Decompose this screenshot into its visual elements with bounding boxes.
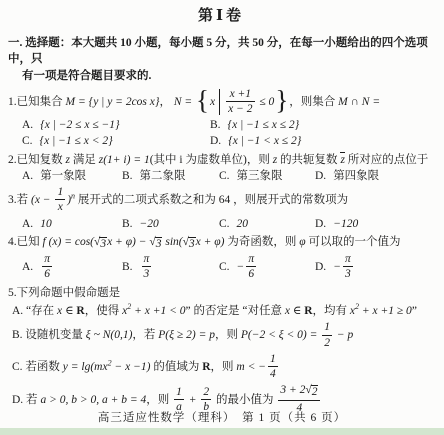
question-2-option-d: D.第四象限 (315, 169, 434, 183)
math-text: x ∈ (285, 305, 304, 317)
option-text: 第三象限 (237, 170, 283, 182)
math-text: {x | −1 < x ≤ 2} (228, 135, 301, 147)
math-text: ≤ 0 (257, 96, 275, 108)
text-run: ， (159, 96, 173, 108)
math-text: π (144, 253, 150, 265)
math-text: 2 (203, 386, 209, 398)
option-text: {x | −1 ≤ x ≤ 2} (228, 119, 300, 131)
text-run: ” 的否定是 “对任意 (185, 305, 284, 317)
option-label: D. (315, 261, 326, 273)
math-text: {x | −1 ≤ x ≤ 2} (228, 119, 300, 131)
math-text: 6 (248, 268, 254, 280)
math-text: ξ ~ N(0,1) (86, 330, 133, 342)
math-text: P(ξ ≥ 2) = p (158, 330, 215, 342)
math-text: 4 (270, 368, 276, 380)
section-instructions: 一. 选择题：本大题共 10 小题，每小题 5 分，共 50 分，在每一小题给出… (8, 35, 434, 85)
text-run: 可以取的一个值为 (306, 236, 401, 248)
text-run: 所对应的点位于 (345, 154, 428, 166)
math-text: π (345, 253, 351, 265)
text-run: R (202, 361, 210, 373)
option-text: 第四象限 (333, 170, 379, 182)
option-label: A. (22, 218, 33, 230)
fraction: x +1x − 2 (226, 88, 254, 115)
question-4-stem: 4.已知 f (x) = cos(√3x + φ) − √3 sin(√3x +… (8, 235, 434, 252)
question-1-option-d: D.{x | −1 < x ≤ 2} (210, 134, 434, 148)
math-text: 6 (44, 268, 50, 280)
math-text: a > 0, b > 0, a + b = 4 (40, 394, 146, 406)
math-text: −20 (140, 218, 159, 230)
set-brace: } (275, 85, 288, 115)
question-4-option-d: D.−π3 (315, 254, 434, 281)
math-text: x +1 (230, 88, 252, 100)
question-4-option-a: A.π6 (22, 254, 122, 281)
math-text: 1 (176, 386, 182, 398)
math-text: + (186, 394, 200, 406)
option-text: {x | −1 < x ≤ 2} (228, 135, 301, 147)
math-text: 2 (324, 337, 330, 349)
math-text: 1 (324, 321, 330, 333)
option-label: A. (22, 170, 33, 182)
option-text: −π3 (333, 261, 355, 273)
option-label: C. (22, 135, 33, 147)
option-label: B. (210, 119, 221, 131)
text-run: 第四象限 (333, 170, 379, 182)
math-text: {x | −1 ≤ x < 2} (40, 135, 113, 147)
math-text: − (333, 261, 341, 273)
math-text: + x +1 < 0 (131, 305, 185, 317)
math-text: − (237, 261, 245, 273)
text-run: ，均有 (313, 305, 350, 317)
question-1-option-b: B.{x | −1 ≤ x ≤ 2} (210, 118, 434, 132)
option-label: C. (219, 170, 230, 182)
option-text: π3 (140, 261, 154, 273)
page-footer: 高三适应性数学（理科） 第 1 页（共 6 页） (0, 411, 444, 425)
set-builder-bar (219, 89, 220, 115)
fraction: 1x (55, 186, 65, 213)
text-run: 展开式的二项式系数之和为 64 ，则展开式的常数项为 (75, 195, 348, 207)
question-5-statement-a: A. “存在 x ∈ R，使得 x2 + x +1 < 0” 的否定是 “对任意… (8, 304, 434, 318)
math-text: N = (174, 96, 195, 108)
text-run: ，则集合 (289, 96, 338, 108)
sqrt-expression: √3 (94, 237, 107, 252)
text-run: 4.已知 (8, 236, 43, 248)
text-run: 为奇函数，则 (224, 236, 299, 248)
text-run: R (304, 305, 312, 317)
text-run: 2.已知复数 (8, 154, 66, 166)
text-run: ” (412, 305, 417, 317)
option-text: π6 (40, 261, 54, 273)
fraction: 1a (174, 386, 184, 413)
fraction: π6 (246, 253, 256, 280)
question-1-option-a: A.{x | −2 ≤ x ≤ −1} (22, 118, 210, 132)
option-label: A. (22, 261, 33, 273)
question-2-stem: 2.已知复数 z 满足 z(1+ i) = 1(其中 i 为虚数单位)，则 z … (8, 153, 434, 167)
math-text: P(−2 < ξ < 0) = (241, 330, 320, 342)
math-text: M ∩ N = (338, 96, 380, 108)
option-label: B. (122, 261, 133, 273)
option-label: C. (219, 261, 230, 273)
math-text: + x +1 ≥ 0 (359, 305, 412, 317)
question-1-options: A.{x | −2 ≤ x ≤ −1} B.{x | −1 ≤ x ≤ 2} C… (8, 118, 434, 149)
math-text: M = {y | y = 2cos x} (66, 96, 160, 108)
text-run: ，则 (215, 330, 241, 342)
math-text: π (248, 253, 254, 265)
math-text: sin( (162, 236, 182, 248)
question-4-option-b: B.π3 (122, 254, 219, 281)
text-run: B. 设随机变量 (12, 330, 86, 342)
math-text: x (210, 96, 215, 108)
text-run: A. “存在 (12, 305, 57, 317)
page-title: 第Ⅰ卷 (8, 7, 434, 26)
exam-page: 第Ⅰ卷 一. 选择题：本大题共 10 小题，每小题 5 分，共 50 分，在每一… (0, 0, 444, 416)
math-text: x + φ) (196, 236, 225, 248)
question-4-options: A.π6 B.π3 C.−π6 D.−π3 (8, 254, 434, 282)
question-1-option-c: C.{x | −1 ≤ x < 2} (22, 134, 210, 148)
text-run: ，若 (132, 330, 158, 342)
text-run: 3.若 (8, 195, 31, 207)
math-text: − x −1) (112, 361, 151, 373)
text-run: 的共轭复数 (277, 154, 340, 166)
math-text: x + φ) − (107, 236, 149, 248)
text-run: ，则 (211, 361, 237, 373)
option-text: {x | −2 ≤ x ≤ −1} (40, 119, 119, 131)
question-2-options: A.第一象限 B.第二象限 C.第三象限 D.第四象限 (8, 169, 434, 183)
instructions-line1: 一. 选择题：本大题共 10 小题，每小题 5 分，共 50 分，在每一小题给出… (8, 35, 434, 68)
sqrt-expression: √3 (183, 237, 196, 252)
question-4-option-c: C.−π6 (219, 254, 315, 281)
fraction: 2b (201, 386, 211, 413)
question-3-option-b: B.−20 (122, 217, 219, 231)
option-text: 10 (40, 218, 52, 230)
math-text: 20 (237, 218, 249, 230)
option-label: C. (219, 218, 230, 230)
text-run: 1.已知集合 (8, 96, 66, 108)
option-label: D. (315, 170, 326, 182)
question-1-stem: 1.已知集合 M = {y | y = 2cos x}， N = {xx +1x… (8, 89, 434, 116)
option-text: {x | −1 ≤ x < 2} (40, 135, 113, 147)
option-text: −π6 (237, 261, 259, 273)
question-3-option-c: C.20 (219, 217, 315, 231)
sqrt-expression: √2 (305, 385, 318, 400)
text-run: R (76, 305, 84, 317)
text-run: ，则 (146, 394, 172, 406)
math-text: π (44, 253, 50, 265)
math-text: {x | −2 ≤ x ≤ −1} (40, 119, 119, 131)
question-3-option-d: D.−120 (315, 217, 434, 231)
option-label: B. (122, 170, 133, 182)
text-run: 第三象限 (237, 170, 283, 182)
option-text: 第一象限 (40, 170, 86, 182)
math-text: x (58, 201, 63, 213)
set-brace: { (196, 85, 209, 115)
option-text: −120 (333, 218, 358, 230)
option-text: 第二象限 (140, 170, 186, 182)
option-label: A. (22, 119, 33, 131)
fraction: 14 (268, 353, 278, 380)
text-run: 的最小值为 (213, 394, 276, 406)
text-run: C. 若函数 (12, 361, 63, 373)
text-run: 满足 (70, 154, 99, 166)
math-text: (x − (31, 195, 53, 207)
option-text: 20 (237, 218, 249, 230)
text-run: 第二象限 (140, 170, 186, 182)
option-label: B. (122, 218, 133, 230)
math-text: y = lg(mx (63, 361, 108, 373)
math-text: z(1+ i) = 1 (99, 154, 150, 166)
math-text: x ∈ (57, 305, 76, 317)
math-text: 10 (40, 218, 52, 230)
question-5-statement-b: B. 设随机变量 ξ ~ N(0,1)，若 P(ξ ≥ 2) = p，则 P(−… (8, 322, 434, 349)
text-run: ，使得 (85, 305, 122, 317)
question-2-option-a: A.第一象限 (22, 169, 122, 183)
question-3-options: A.10 B.−20 C.20 D.−120 (8, 217, 434, 231)
math-text: 3 (345, 268, 351, 280)
fraction: π6 (42, 253, 52, 280)
math-text: f (x) = cos( (43, 236, 95, 248)
text-run: D. 若 (12, 394, 40, 406)
math-text: x − 2 (228, 103, 252, 115)
option-text: −20 (140, 218, 159, 230)
text-run: 第一象限 (40, 170, 86, 182)
math-text: 1 (270, 353, 276, 365)
question-3-option-a: A.10 (22, 217, 122, 231)
fraction: 12 (322, 321, 332, 348)
math-text: 3 + 2 (280, 384, 305, 396)
math-text: −120 (333, 218, 358, 230)
bottom-bar (0, 428, 444, 435)
math-text: − p (334, 330, 353, 342)
sqrt-expression: √3 (149, 237, 162, 252)
math-text: 3 (144, 268, 150, 280)
option-label: D. (315, 218, 326, 230)
question-2-option-c: C.第三象限 (219, 169, 315, 183)
question-5-statement-c: C. 若函数 y = lg(mx2 − x −1) 的值域为 R，则 m < −… (8, 354, 434, 381)
fraction: π3 (343, 253, 353, 280)
question-2-option-b: B.第二象限 (122, 169, 219, 183)
question-5-stem: 5.下列命题中假命题是 (8, 286, 434, 300)
fraction: π3 (142, 253, 152, 280)
text-run: (其中 i 为虚数单位)，则 (150, 154, 273, 166)
option-label: D. (210, 135, 221, 147)
math-text: m < − (236, 361, 266, 373)
question-3-stem: 3.若 (x − 1x)n 展开式的二项式系数之和为 64 ，则展开式的常数项为 (8, 187, 434, 214)
text-run: 的值域为 (150, 361, 202, 373)
math-text: 1 (57, 186, 63, 198)
instructions-line2: 有一项是符合题目要求的. (8, 68, 434, 85)
